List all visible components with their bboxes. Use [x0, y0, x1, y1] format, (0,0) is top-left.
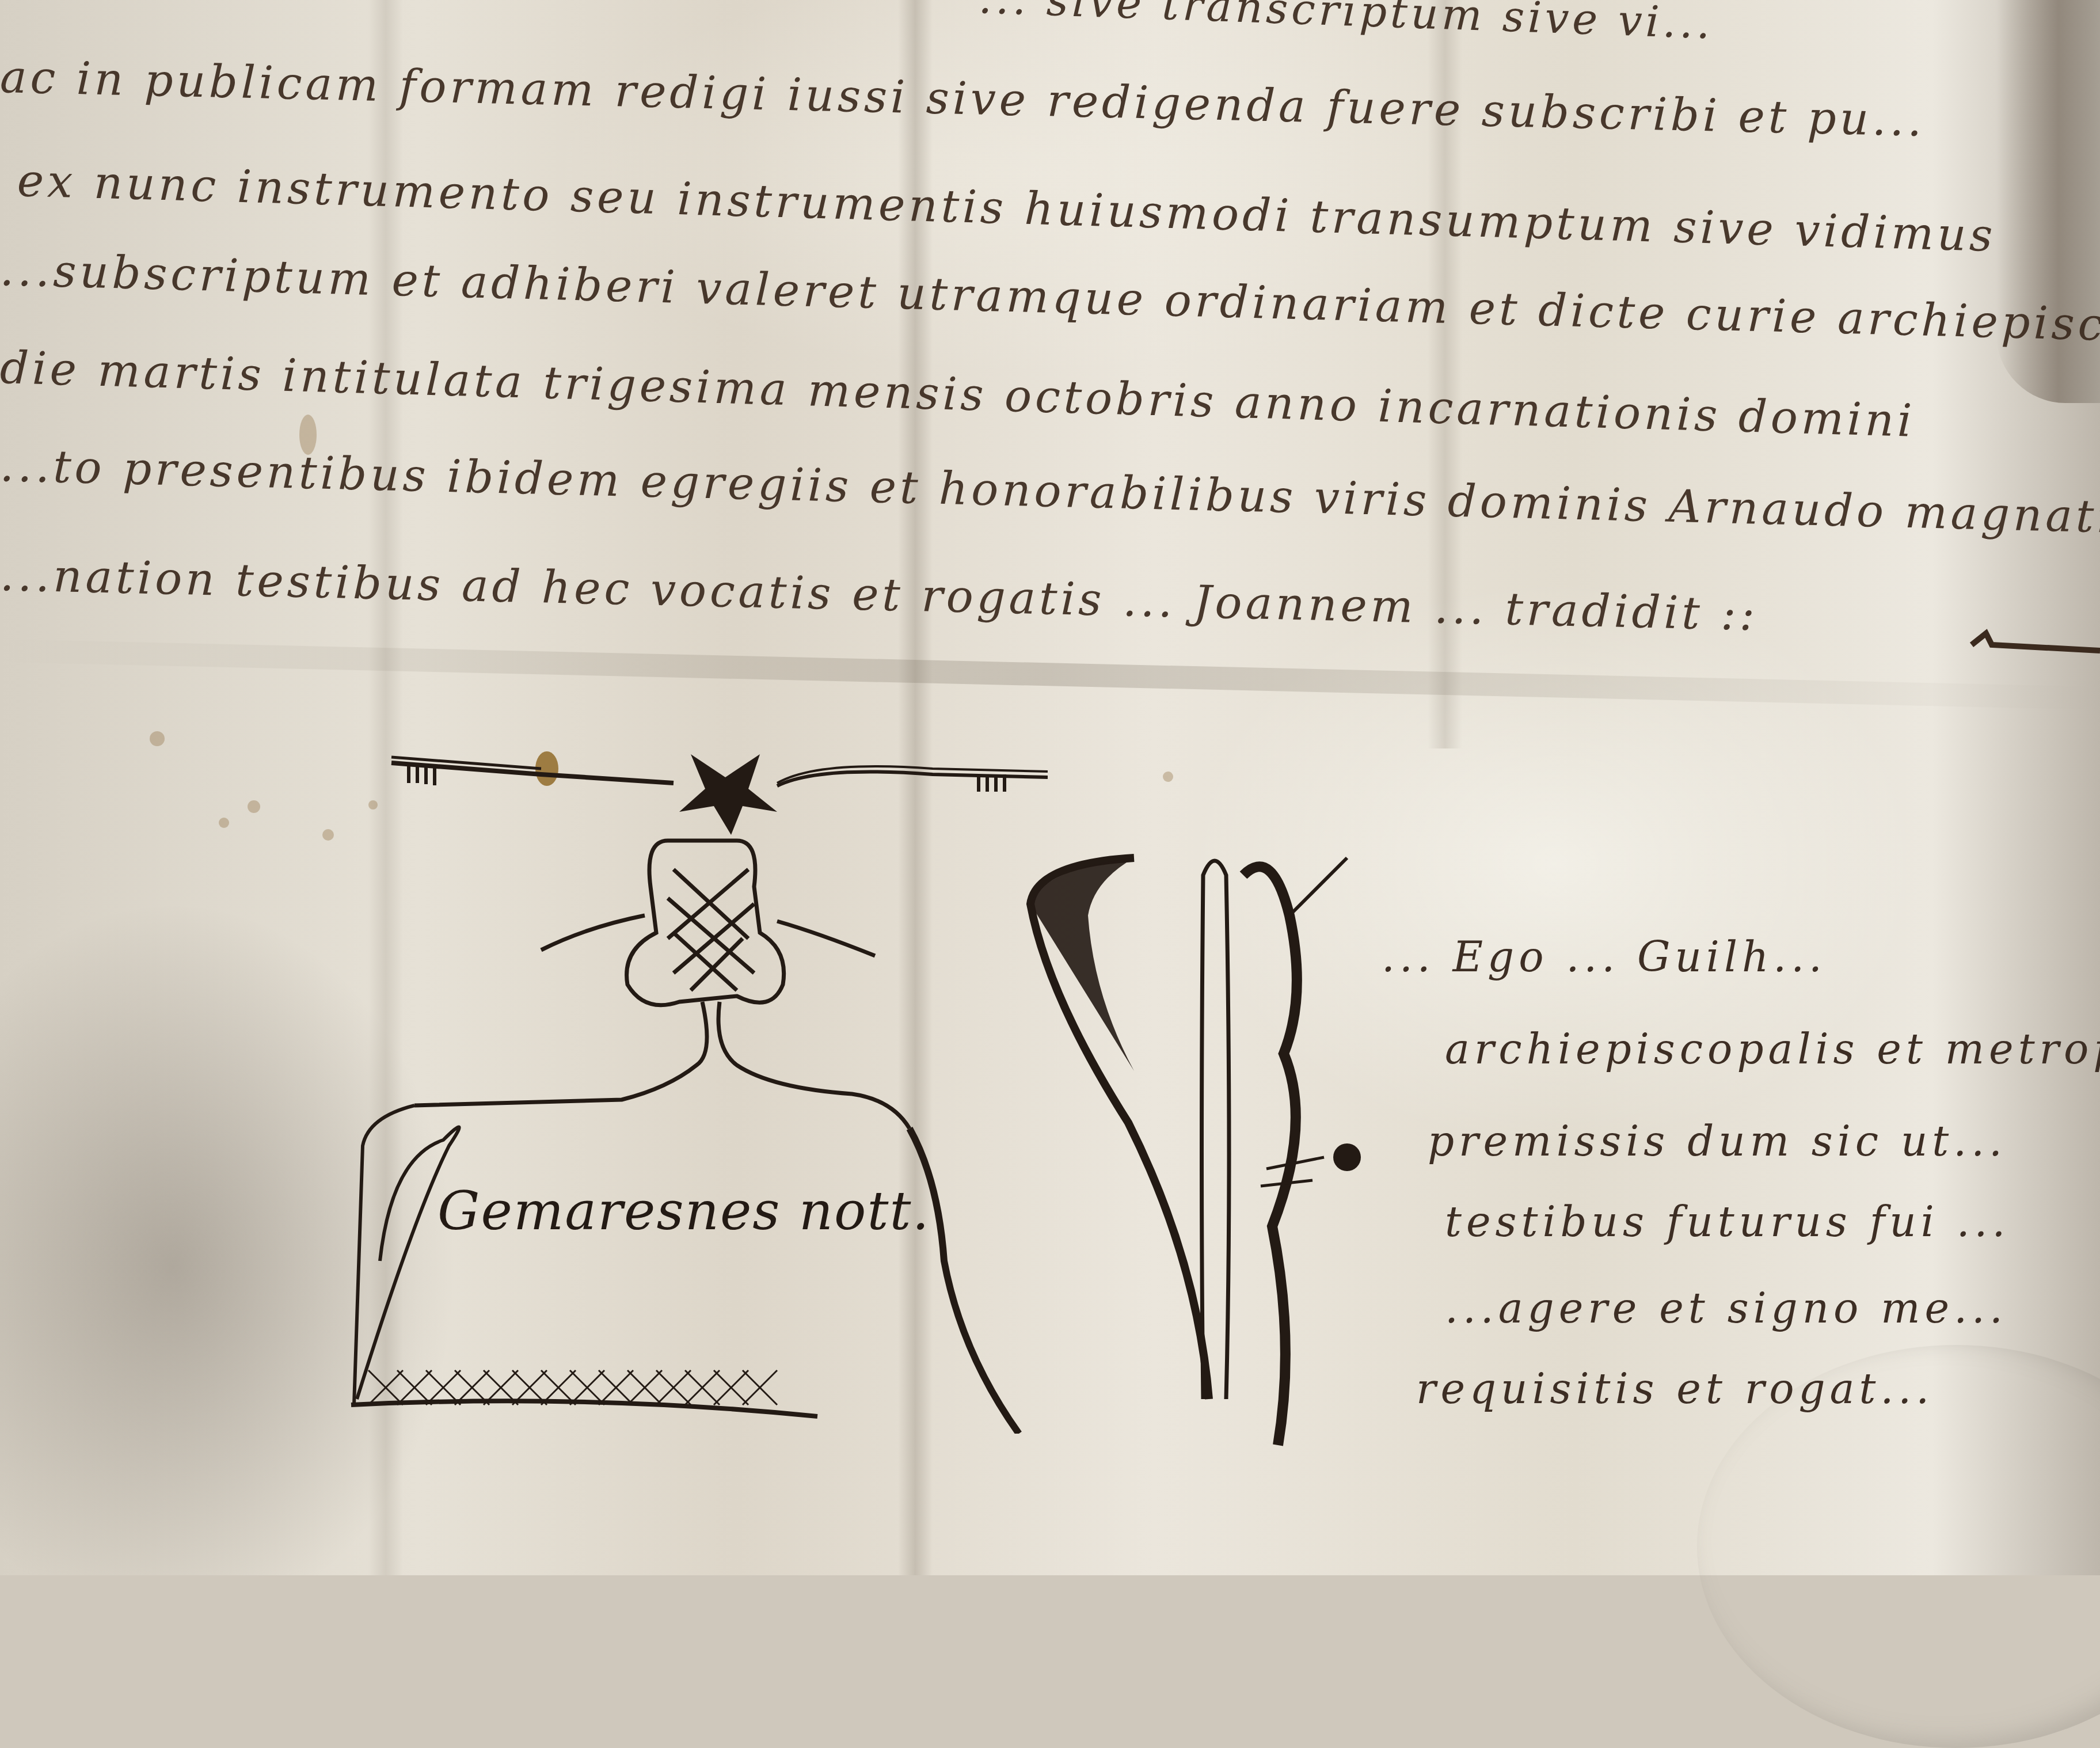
left-key-teeth-icon	[409, 766, 435, 785]
foxing-spot	[248, 800, 260, 813]
subscription-line-0: ... Ego ... Guilh...	[1382, 933, 1827, 981]
subscription-line-2: premissis dum sic ut...	[1428, 1117, 2007, 1165]
subscription-line-4: ...agere et signo me...	[1445, 1284, 2007, 1332]
cross-icon	[679, 754, 777, 835]
subscription-line-3: testibus futurus fui ...	[1445, 1198, 2010, 1246]
banner-right-edge	[910, 1128, 1019, 1434]
banner-left-curl	[357, 1127, 459, 1399]
knot-icon	[541, 841, 875, 1005]
foxing-spot	[219, 818, 229, 828]
foxing-spot	[1163, 772, 1173, 782]
foxing-spot	[150, 731, 165, 746]
notarial-sign: Gemaresnes nott.	[299, 743, 1048, 1434]
large-initial-n-flourish	[1025, 823, 1416, 1468]
right-arm	[777, 772, 1048, 786]
subscription-line-1: archiepiscopalis et metrop...	[1445, 1025, 2100, 1073]
notarial-sign-drawing	[299, 743, 1048, 1434]
subscription-line-5: requisitis et rogat...	[1416, 1365, 1934, 1413]
line-end-flourish	[1969, 628, 2100, 662]
notary-name-banner-text: Gemaresnes nott.	[438, 1180, 930, 1242]
